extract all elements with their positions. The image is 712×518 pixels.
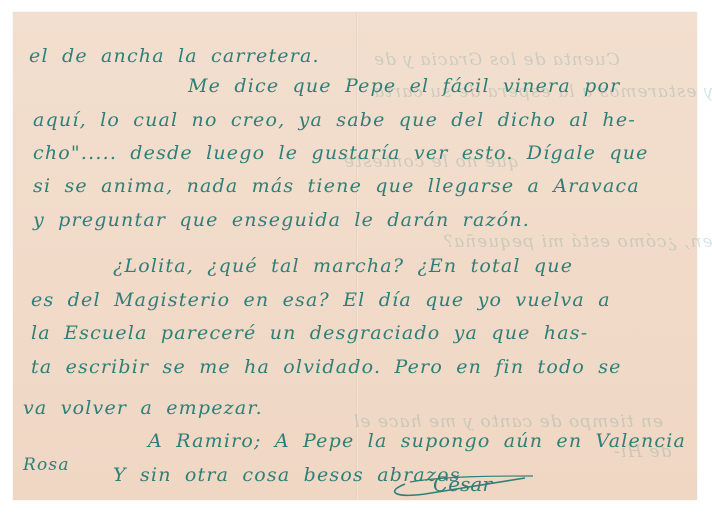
- letter-line: ¿Lolita, ¿qué tal marcha? ¿En total que: [113, 255, 573, 277]
- letter-line: aquí, lo cual no creo, ya sabe que del d…: [33, 109, 636, 131]
- bleed-through-text: Bien, ¿cómo está mi pequeña?: [443, 232, 712, 252]
- letter-line: y preguntar que enseguida le darán razón…: [33, 209, 530, 231]
- bleed-through-text: Cuenta de los Gracia y de: [373, 50, 620, 70]
- letter-line: el de ancha la carretera.: [29, 45, 320, 67]
- letter-line-margin-name: Rosa: [23, 455, 70, 475]
- letter-line: A Ramiro; A Pepe la supongo aún en Valen…: [148, 430, 686, 452]
- letter-line: va volver a empezar.: [23, 397, 263, 419]
- letter-line: es del Magisterio en esa? El día que yo …: [31, 289, 611, 311]
- letter-paper: Cuenta de los Gracia y de y estaremos a …: [13, 12, 697, 500]
- letter-line: cho"..... desde luego le gustaría ver es…: [33, 142, 649, 164]
- letter-line: ta escribir se me ha olvidado. Pero en f…: [31, 356, 622, 378]
- letter-line: Me dice que Pepe el fácil vinera por: [188, 75, 620, 97]
- bleed-through-text: en tiempo de canto y me hace el: [353, 412, 663, 432]
- signature-flourish-icon: [385, 470, 535, 498]
- letter-line: si se anima, nada más tiene que llegarse…: [33, 175, 640, 197]
- letter-line: la Escuela pareceré un desgraciado ya qu…: [31, 322, 588, 344]
